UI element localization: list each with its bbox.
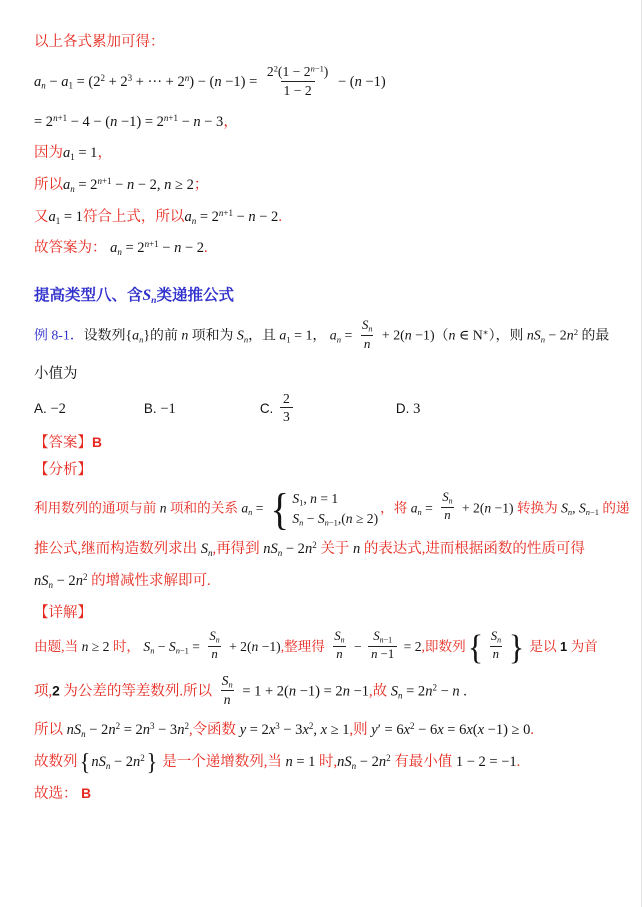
- math-text: =: [341, 329, 356, 344]
- subscript: n−1: [176, 646, 189, 656]
- red-text: .: [278, 209, 282, 225]
- math-text: n: [336, 647, 342, 661]
- option-letter: A.: [34, 400, 50, 415]
- fraction-denominator: n: [441, 507, 453, 524]
- math-text: 3: [283, 409, 290, 424]
- red-text: .: [517, 754, 521, 770]
- left-brace: {: [270, 493, 288, 525]
- math-text: ): [324, 64, 329, 79]
- red-text: 【答案】: [34, 435, 92, 451]
- fraction-numerator: Sn: [206, 629, 222, 645]
- math-text: nS: [67, 722, 82, 738]
- red-text: 故选：: [34, 786, 81, 802]
- math-text: n: [160, 500, 167, 515]
- fraction: Snn: [331, 629, 347, 662]
- math-text: ) − (n −1) =: [189, 74, 261, 90]
- math-text: + ··· + 2: [132, 74, 185, 90]
- math-text: n = 1: [285, 754, 315, 770]
- red-text: ,则: [350, 722, 372, 738]
- option-letter: D.: [396, 400, 413, 415]
- fraction-denominator: n: [490, 646, 502, 663]
- cn-text: 的最: [578, 329, 609, 344]
- document-body: 以上各式累加可得： an − a1 = (22 + 23 + ··· + 2n)…: [0, 0, 641, 806]
- math-text: = 1: [75, 145, 98, 161]
- math-text: − a: [46, 74, 69, 90]
- math-text: − 2n: [86, 722, 116, 738]
- math-text: − n − 2: [233, 209, 278, 225]
- math-text: = 2: [400, 639, 421, 654]
- fraction: Snn: [359, 317, 376, 352]
- fraction-numerator: Sn: [359, 317, 376, 335]
- close-brace: }: [509, 635, 524, 660]
- math-text: + 2(n −1): [378, 329, 434, 344]
- math-text: = 1 + 2(n −1) = 2n −1: [239, 683, 369, 699]
- fraction-denominator: n: [333, 646, 345, 663]
- red-text: 由题,当: [34, 639, 82, 654]
- superscript: n−1: [311, 64, 324, 74]
- red-text: 项,: [34, 683, 52, 699]
- red-text: 转换为: [514, 500, 562, 515]
- answer-letter: B: [81, 786, 91, 801]
- red-text: 为公差的等差数列.所以: [60, 683, 216, 699]
- cases-row: S1, n = 1: [292, 489, 378, 509]
- red-text: 所以: [34, 177, 63, 193]
- subscript: n−1: [586, 507, 599, 517]
- fraction-denominator: n −1: [368, 646, 397, 663]
- cn-text: ，且: [248, 329, 279, 344]
- math-text: nS: [527, 329, 541, 344]
- option-letter: C.: [260, 400, 277, 415]
- math-text: n: [364, 336, 371, 351]
- math-text: = 2: [34, 114, 53, 130]
- detail-line-3: 所以 nSn − 2n2 = 2n3 − 3n2,令函数 y = 2x3 − 3…: [34, 719, 617, 742]
- math-text: = 2n: [120, 722, 150, 738]
- cn-text: 设数列{: [84, 329, 132, 344]
- fraction: Snn: [488, 629, 504, 662]
- math-text: nS: [263, 541, 278, 557]
- math-text: S: [201, 541, 208, 557]
- option-letter: B.: [144, 400, 160, 415]
- braced-group: {nSn − 2n2}: [78, 751, 159, 774]
- math-text: = 1: [60, 209, 83, 225]
- fraction-denominator: n: [361, 335, 374, 352]
- math-text: = 2: [196, 209, 219, 225]
- fraction: Snn: [206, 629, 222, 662]
- braced-content: Snn: [485, 631, 507, 664]
- red-text: 所以: [34, 722, 67, 738]
- fraction: 23: [280, 390, 293, 425]
- fraction: Snn: [439, 490, 455, 523]
- cases-column: S1, n = 1Sn − Sn−1,(n ≥ 2): [292, 489, 378, 530]
- math-text: a: [330, 329, 337, 344]
- fraction-numerator: 22(1 − 2n−1): [264, 63, 331, 80]
- math-text: −2: [50, 400, 65, 416]
- math-text: + 2: [105, 74, 128, 90]
- line-formula-main: an − a1 = (22 + 23 + ··· + 2n) − (n −1) …: [34, 65, 617, 100]
- line-final-answer: 故答案为： an = 2n+1 − n − 2.: [34, 237, 617, 260]
- math-text: nS: [34, 573, 49, 589]
- math-text: − S: [303, 511, 324, 526]
- red-text: 推公式,继而构造数列求出: [34, 541, 201, 557]
- red-text: 有最小值: [391, 754, 456, 770]
- red-text: ,即数列: [422, 639, 466, 654]
- line-example-2: 小值为: [34, 363, 617, 385]
- math-text: −1: [160, 400, 175, 416]
- math-text: − 3x: [280, 722, 309, 738]
- red-text: 【分析】: [34, 462, 92, 478]
- math-text: ,(n ≥ 2): [338, 511, 378, 526]
- line-because: 因为a1 = 1，: [34, 142, 617, 165]
- math-text: 1 − 2: [284, 83, 312, 98]
- red-text: .: [530, 722, 534, 738]
- analysis-line-1: 利用数列的通项与前 n 项和的关系 an = {S1, n = 1Sn − Sn…: [34, 489, 617, 530]
- cn-text: ∈ N: [455, 329, 482, 344]
- math-text: 2: [267, 64, 274, 79]
- red-text: 项和的关系: [167, 500, 242, 515]
- math-text: n −1: [371, 647, 394, 661]
- heading-math: S: [143, 287, 152, 304]
- math-text: − 2n: [282, 541, 312, 557]
- math-text: , n = 1: [303, 491, 338, 506]
- analysis-line-3: nSn − 2n2 的增减性求解即可.: [34, 570, 617, 593]
- math-text: − 2n: [356, 754, 386, 770]
- fraction-numerator: Sn: [488, 629, 504, 645]
- red-text: 的表达式,进而根据函数的性质可得: [360, 541, 585, 557]
- red-text: 又: [34, 209, 49, 225]
- cn-text: ），则: [489, 329, 527, 344]
- math-text: =: [189, 639, 203, 654]
- red-text: ；: [194, 177, 209, 193]
- math-text: (1 − 2: [278, 64, 311, 79]
- red-text: 故数列: [34, 754, 78, 770]
- fraction: Sn−1n −1: [368, 629, 397, 662]
- line-so: 所以an = 2n+1 − n − 2, n ≥ 2；: [34, 174, 617, 197]
- math-text: nS: [91, 754, 106, 770]
- line-cumulative-note: 以上各式累加可得：: [34, 31, 617, 53]
- answer-line: 【答案】B: [34, 432, 617, 454]
- subscript: n−1: [380, 636, 392, 645]
- red-text: 因为: [34, 145, 63, 161]
- math-text: −: [351, 639, 365, 654]
- analysis-header: 【分析】: [34, 459, 617, 481]
- math-text: − n .: [437, 683, 467, 699]
- choose-line: 故选： B: [34, 783, 617, 805]
- bold-number: 2: [52, 683, 60, 698]
- math-text: n: [493, 647, 499, 661]
- math-text: − S: [154, 639, 175, 654]
- math-text: n: [444, 508, 450, 522]
- red-text: 是以: [526, 639, 560, 654]
- red-text: ,故: [369, 683, 391, 699]
- subscript: n: [341, 636, 345, 645]
- math-text: a: [184, 209, 191, 225]
- subscript: n: [449, 497, 453, 506]
- math-text: =: [252, 500, 266, 515]
- subscript: n−1: [325, 518, 338, 528]
- math-text: − n − 3: [178, 114, 223, 130]
- red-text: 的递: [599, 500, 630, 515]
- red-text: 为首: [567, 639, 598, 654]
- superscript: n+1: [97, 176, 111, 186]
- close-brace: }: [146, 754, 157, 772]
- section-heading: 提高类型八、含Sn类递推公式: [34, 284, 617, 309]
- red-text: .: [204, 240, 208, 256]
- math-text: n: [224, 692, 231, 707]
- red-text: 故答案为：: [34, 240, 110, 256]
- red-text: 时，: [109, 639, 143, 654]
- red-text: 关于: [317, 541, 353, 557]
- superscript: 2: [140, 753, 145, 763]
- math-text: S: [391, 683, 398, 699]
- math-text: − 3n: [155, 722, 185, 738]
- red-text: ,再得到: [213, 541, 264, 557]
- open-brace: {: [468, 635, 483, 660]
- fraction-numerator: 2: [280, 390, 293, 407]
- red-text: 以上各式累加可得：: [34, 34, 165, 50]
- math-text: − 2n: [110, 754, 140, 770]
- fraction-numerator: Sn: [331, 629, 347, 645]
- math-text: − 2n: [545, 329, 574, 344]
- answer-letter: B: [92, 435, 102, 450]
- braced-group: {Snn}: [466, 631, 526, 664]
- braced-content: nSn − 2n2: [91, 751, 144, 774]
- cases-row: Sn − Sn−1,(n ≥ 2): [292, 509, 378, 529]
- subscript: n: [228, 680, 232, 690]
- red-text: 时,: [315, 754, 337, 770]
- cn-text: 项和为: [188, 329, 237, 344]
- math-text: + 2(n −1): [226, 639, 281, 654]
- math-text: − 4 − (n −1) = 2: [67, 114, 164, 130]
- math-text: a: [411, 500, 418, 515]
- fraction-numerator: Sn: [439, 490, 455, 506]
- superscript: n+1: [145, 239, 159, 249]
- math-text: a: [49, 209, 56, 225]
- math-text: − 6x = 6x(x −1) ≥ 0: [415, 722, 531, 738]
- math-text: = 2: [122, 240, 145, 256]
- math-text: = 1: [291, 329, 313, 344]
- detail-line-2: 项,2 为公差的等差数列.所以 Snn = 1 + 2(n −1) = 2n −…: [34, 674, 617, 710]
- example-label: 例 8-1．: [34, 329, 84, 344]
- cn-text: ，: [312, 329, 329, 344]
- heading-text: 提高类型八、含: [34, 287, 143, 304]
- math-text: − 2n: [53, 573, 83, 589]
- subscript: n: [216, 636, 220, 645]
- fraction: 22(1 − 2n−1)1 − 2: [264, 63, 331, 98]
- cases-group: {S1, n = 1Sn − Sn−1,(n ≥ 2): [269, 489, 378, 530]
- fraction-denominator: n: [221, 690, 234, 708]
- superscript: n+1: [219, 208, 233, 218]
- math-text: S: [237, 329, 244, 344]
- red-text: ,整理得: [281, 639, 329, 654]
- math-text: = 2n: [403, 683, 433, 699]
- red-text: ,令函数: [189, 722, 240, 738]
- detail-line-1: 由题,当 n ≥ 2 时， Sn − Sn−1 = Snn + 2(n −1),…: [34, 631, 617, 664]
- math-text: 2: [283, 391, 290, 406]
- red-text: ，: [97, 145, 112, 161]
- math-text: y′ = 6x: [371, 722, 410, 738]
- cn-text: （: [435, 329, 449, 344]
- fraction-numerator: Sn: [219, 672, 236, 690]
- fraction-denominator: 1 − 2: [281, 81, 315, 99]
- line-example-1: 例 8-1．设数列{an}的前 n 项和为 Sn，且 a1 = 1， an = …: [34, 319, 617, 354]
- red-text: 利用数列的通项与前: [34, 500, 160, 515]
- options-row: A. −2B. −1C. 23D. 3: [34, 392, 617, 427]
- math-text: , S: [572, 500, 586, 515]
- superscript: n+1: [53, 113, 67, 123]
- math-text: − n − 2: [159, 240, 204, 256]
- fraction-denominator: n: [208, 646, 220, 663]
- red-text: 【详解】: [34, 605, 92, 621]
- heading-text: 类递推公式: [156, 287, 234, 304]
- red-text: ，将: [380, 500, 411, 515]
- detail-line-4: 故数列{nSn − 2n2} 是一个递增数列,当 n = 1 时,nSn − 2…: [34, 751, 617, 774]
- math-text: S: [561, 500, 568, 515]
- red-text: ，: [223, 114, 238, 130]
- math-text: y = 2x: [240, 722, 276, 738]
- cn-text: }的前: [143, 329, 181, 344]
- math-text: 1 − 2 = −1: [456, 754, 517, 770]
- line-formula-simplified: = 2n+1 − 4 − (n −1) = 2n+1 − n − 3，: [34, 111, 617, 133]
- fraction-denominator: 3: [280, 407, 293, 425]
- math-text: n: [211, 647, 217, 661]
- line-also: 又a1 = 1符合上式，所以an = 2n+1 − n − 2.: [34, 206, 617, 229]
- math-text: + 2(n −1): [459, 500, 514, 515]
- subscript: n: [497, 636, 501, 645]
- math-text: n ≥ 2: [82, 639, 110, 654]
- fraction: Snn: [219, 672, 236, 708]
- superscript: n+1: [164, 113, 178, 123]
- cn-text: 小值为: [34, 366, 78, 382]
- math-text: 3: [413, 400, 420, 416]
- math-text: = 2: [75, 177, 98, 193]
- detail-header: 【详解】: [34, 602, 617, 624]
- document-page: { "colors": { "red": "#e6281e", "blue": …: [0, 0, 642, 907]
- red-text: 符合上式，所以: [83, 209, 185, 225]
- analysis-line-2: 推公式,继而构造数列求出 Sn,再得到 nSn − 2n2 关于 n 的表达式,…: [34, 538, 617, 561]
- red-text: 的增减性求解即可.: [87, 573, 210, 589]
- math-text: =: [422, 500, 436, 515]
- math-text: nS: [337, 754, 352, 770]
- math-text: − n − 2, n ≥ 2: [112, 177, 194, 193]
- math-text: , x ≥ 1: [313, 722, 349, 738]
- math-text: S: [222, 673, 229, 688]
- math-text: = (2: [73, 74, 101, 90]
- fraction-numerator: Sn−1: [370, 629, 395, 645]
- red-text: 是一个递增数列,当: [159, 754, 286, 770]
- math-text: − (n −1): [334, 74, 385, 90]
- subscript: n: [368, 325, 372, 334]
- open-brace: {: [79, 754, 90, 772]
